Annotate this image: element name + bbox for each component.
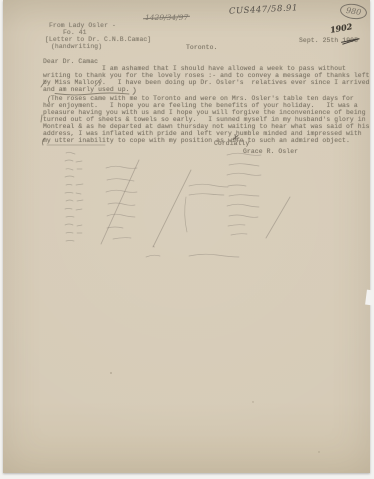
body-line: I am ashamed that I should have allowed … [43, 65, 346, 72]
circled-number-annotation: 980 [339, 2, 368, 21]
paper-edge-notch [365, 290, 374, 306]
body-line: Montreal & as he departed at dawn thursd… [43, 123, 370, 130]
body-line: by Miss Mallory. I have been doing up Dr… [43, 79, 370, 86]
place-line: Toronto. [186, 44, 217, 51]
header-letter-to-line: [Letter to Dr. C.N.B.Camac] [45, 36, 151, 43]
body-line: The roses came with me to Toronto and we… [43, 95, 354, 102]
letter-paper: 1429/34/97 CUS447/58.91 980 From Lady Os… [3, 0, 370, 473]
archive-number-crossed: 1429/34/97 [145, 13, 188, 22]
body-line: and am nearly used up. [43, 86, 130, 93]
date-line: Sept. 25th 1905 [299, 37, 358, 44]
header-folio-line: Fo. 41 [63, 29, 87, 36]
body-line: pleasure having you with us and I hope y… [43, 109, 366, 116]
body-line: my utter inability to cope with my posit… [43, 137, 350, 144]
header-from-line: From Lady Osler - [49, 22, 116, 29]
closing: Cordially [214, 140, 249, 147]
date-prefix: Sept. 25th [299, 37, 342, 44]
body-line: address, I was inflated with pride and l… [43, 130, 362, 137]
body-line: writing to thank you for the lovely rose… [43, 72, 370, 79]
year-correction-annotation: 1902 [329, 21, 353, 35]
body-line: her enjoyment. I hope you are feeling th… [43, 102, 358, 109]
signature: Grace R. Osler [243, 148, 298, 155]
accession-number: CUS447/58.91 [229, 3, 298, 17]
header-handwriting-line: (handwriting) [51, 43, 102, 50]
body-line: turned out of sheets & towels so early. … [43, 116, 366, 123]
salutation: Dear Dr. Camac [43, 58, 98, 65]
date-year-struck: 1905 [342, 37, 358, 44]
